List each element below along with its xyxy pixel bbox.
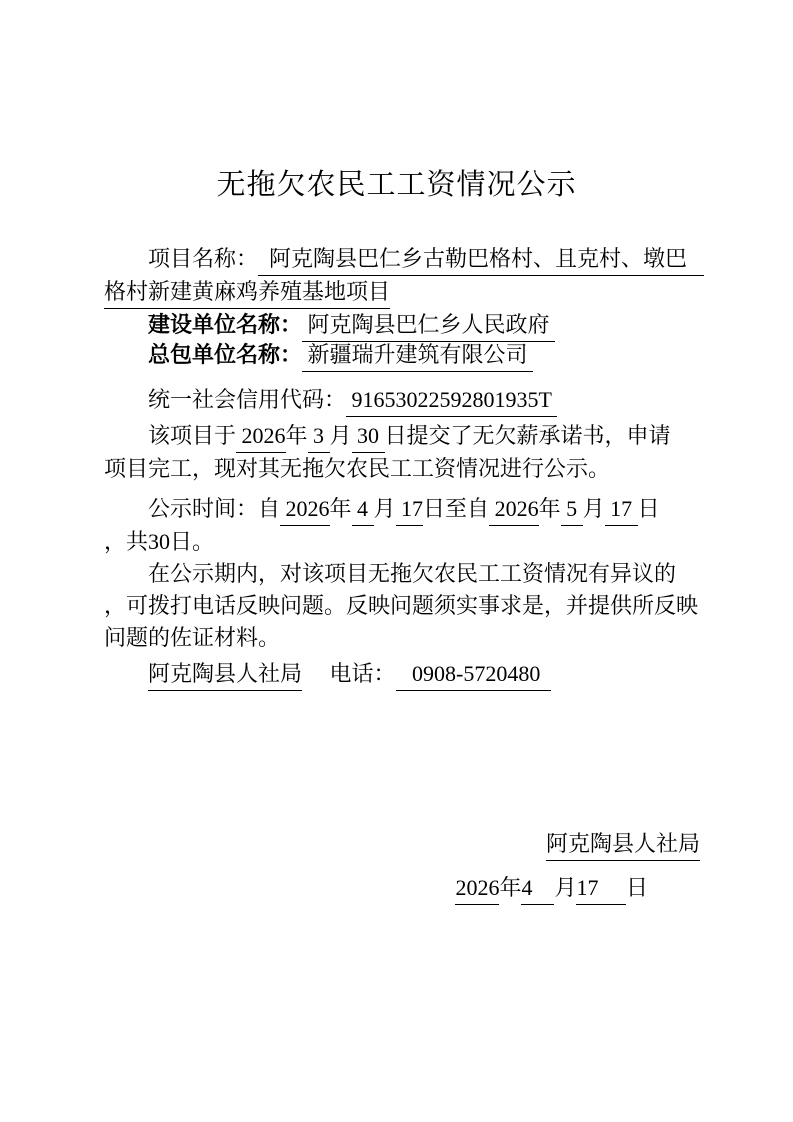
signature-agency: 阿克陶县人社局: [104, 828, 704, 861]
underlined-value: 4: [352, 493, 374, 526]
objection-line-3: 问题的佐证材料。: [104, 622, 704, 654]
general-contractor-line: 总包单位名称： 新疆瑞升建筑有限公司: [104, 339, 704, 372]
underlined-value: 2026: [489, 493, 539, 526]
underlined-value: 阿克陶县巴仁乡人民政府: [302, 309, 555, 342]
text-segment: 年: [499, 872, 521, 905]
text-segment: 月: [374, 493, 396, 526]
underlined-value: 阿克陶县人社局: [148, 658, 302, 691]
underlined-value: 阿克陶县巴仁乡古勒巴格村、且克村、墩巴: [258, 243, 704, 276]
text-segment: 日: [626, 872, 648, 905]
underlined-value: 新疆瑞升建筑有限公司: [302, 339, 533, 372]
text-segment: 年: [286, 420, 308, 453]
text-segment: 建设单位名称：: [148, 309, 302, 342]
text-segment: 月: [583, 493, 605, 526]
text-segment: 月: [330, 420, 352, 453]
text-segment: 日: [638, 493, 660, 526]
construction-unit-line: 建设单位名称： 阿克陶县巴仁乡人民政府: [104, 309, 704, 342]
text-segment: 该项目于: [148, 420, 236, 453]
text-segment: 项目名称：: [148, 243, 258, 276]
underlined-value: 91653022592801935T: [346, 384, 557, 417]
publicity-period-line-1: 公示时间：自 2026年 4 月 17日至自 2026年 5 月 17 日: [104, 493, 704, 526]
text-segment: 统一社会信用代码：: [148, 384, 346, 417]
publicity-period-line-2: ，共30日。: [104, 526, 704, 558]
text-segment: ，可拨打电话反映问题。反映问题须实事求是，并提供所反映: [104, 590, 698, 622]
contact-line: 阿克陶县人社局 电话： 0908-5720480: [104, 658, 704, 691]
underlined-value: 4: [521, 872, 554, 905]
document-title: 无拖欠农民工工资情况公示: [0, 0, 793, 206]
commitment-line-2: 项目完工，现对其无拖欠农民工工资情况进行公示。: [104, 453, 704, 485]
document-body: 项目名称： 阿克陶县巴仁乡古勒巴格村、且克村、墩巴 格村新建黄麻鸡养殖基地项目 …: [104, 243, 704, 905]
text-segment: 总包单位名称：: [148, 339, 302, 372]
project-name-line-1: 项目名称： 阿克陶县巴仁乡古勒巴格村、且克村、墩巴: [104, 243, 704, 276]
objection-line-2: ，可拨打电话反映问题。反映问题须实事求是，并提供所反映: [104, 590, 704, 622]
commitment-line-1: 该项目于 2026年 3 月 30 日提交了无欠薪承诺书，申请: [104, 420, 704, 453]
text-segment: 问题的佐证材料。: [104, 622, 280, 654]
underlined-value: 格村新建黄麻鸡养殖基地项目: [104, 276, 390, 309]
text-segment: 月: [554, 872, 576, 905]
text-segment: 年: [330, 493, 352, 526]
underlined-value: 3: [308, 420, 330, 453]
document-page: 无拖欠农民工工资情况公示 项目名称： 阿克陶县巴仁乡古勒巴格村、且克村、墩巴 格…: [0, 0, 793, 1122]
underlined-value: 阿克陶县人社局: [546, 828, 700, 861]
objection-line-1: 在公示期内，对该项目无拖欠农民工工资情况有异议的: [104, 558, 704, 590]
project-name-line-2: 格村新建黄麻鸡养殖基地项目: [104, 276, 704, 309]
text-segment: 项目完工，现对其无拖欠农民工工资情况进行公示。: [104, 453, 610, 485]
text-segment: ，共30日。: [104, 526, 214, 558]
text-segment: 在公示期内，对该项目无拖欠农民工工资情况有异议的: [148, 558, 676, 590]
underlined-value: 17: [605, 493, 638, 526]
text-segment: 年: [539, 493, 561, 526]
underlined-value: 2026: [236, 420, 286, 453]
underlined-value: 2026: [455, 872, 499, 905]
underlined-value: 2026: [280, 493, 330, 526]
credit-code-line: 统一社会信用代码： 91653022592801935T: [104, 384, 704, 417]
text-segment: [302, 658, 330, 691]
text-segment: 电话：: [330, 658, 396, 691]
underlined-value: 0908-5720480: [396, 658, 552, 691]
underlined-value: 17: [396, 493, 424, 526]
underlined-value: 5: [561, 493, 583, 526]
text-segment: 日提交了无欠薪承诺书，申请: [385, 420, 671, 453]
underlined-value: 17: [576, 872, 626, 905]
text-segment: 日至自: [423, 493, 489, 526]
signature-date: 2026年4 月17 日: [104, 872, 704, 905]
underlined-value: 30: [352, 420, 385, 453]
text-segment: 公示时间：自: [148, 493, 280, 526]
